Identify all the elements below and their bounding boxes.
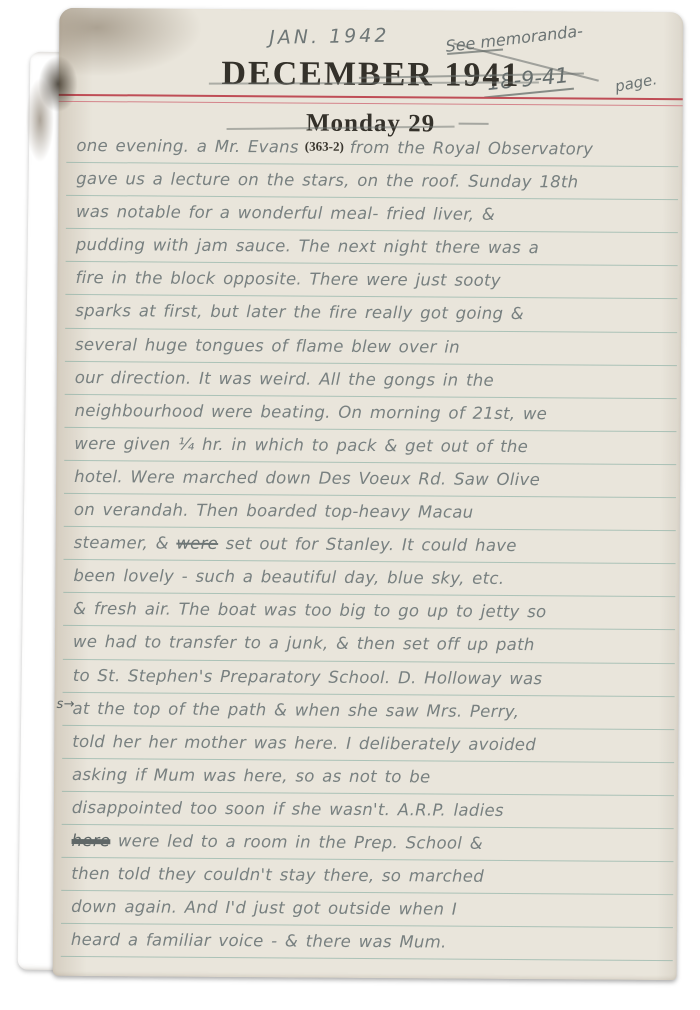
diary-line: neighbourhood were beating. On morning o… (64, 395, 676, 432)
printed-month-header: DECEMBER 1941 (59, 54, 683, 96)
diary-line: was notable for a wonderful meal- fried … (66, 196, 678, 233)
diary-line: one evening. a Mr. Evans(363-2)from the … (66, 130, 678, 167)
diary-line-text: from the Royal Observatory (350, 138, 594, 159)
pencil-dash (459, 123, 489, 125)
diary-line: fire in the block opposite. There were j… (65, 262, 677, 299)
diary-line: s→at the top of the path & when she saw … (62, 692, 674, 729)
printed-ref-number: (363-2) (305, 139, 344, 154)
scribbled-word: here (72, 831, 111, 850)
diary-line: disappointed too soon if she wasn't. A.R… (62, 792, 674, 829)
diary-line: sparks at first, but later the fire real… (65, 295, 677, 332)
diary-line-text: steamer, & (74, 533, 169, 553)
diary-line: then told they couldn't stay there, so m… (61, 858, 673, 895)
diary-line: heard a familiar voice - & there was Mum… (61, 924, 673, 961)
diary-line-text: set out for Stanley. It could have (226, 534, 517, 555)
scan-background: { "header": { "handwritten_month_correct… (0, 0, 700, 1010)
diary-line: & fresh air. The boat was too big to go … (63, 593, 675, 630)
diary-line: were given ¼ hr. in which to pack & get … (64, 428, 676, 465)
diary-line: been lovely - such a beautiful day, blue… (63, 560, 675, 597)
diary-line: several huge tongues of flame blew over … (65, 328, 677, 365)
diary-line: on verandah. Then boarded top-heavy Maca… (64, 494, 676, 531)
diary-line-text: at the top of the path & when she saw Mr… (72, 699, 519, 721)
diary-page: JAN. 1942 See memoranda- 18-9-41 page. D… (53, 8, 684, 980)
diary-line: hotel. Were marched down Des Voeux Rd. S… (64, 461, 676, 498)
diary-line: down again. And I'd just got outside whe… (61, 891, 673, 928)
struck-word: were (176, 534, 218, 553)
diary-line: to St. Stephen's Preparatory School. D. … (63, 659, 675, 696)
diary-line: gave us a lecture on the stars, on the r… (66, 163, 678, 200)
diary-line-text: were led to a room in the Prep. School & (118, 831, 483, 853)
diary-line: here were led to a room in the Prep. Sch… (61, 825, 673, 862)
red-rule-bottom (59, 101, 683, 107)
diary-line: pudding with jam sauce. The next night t… (66, 229, 678, 266)
diary-book: JAN. 1942 See memoranda- 18-9-41 page. D… (22, 8, 682, 984)
diary-line-text: one evening. a Mr. Evans (76, 136, 299, 157)
handwritten-jan-1942: JAN. 1942 (269, 25, 390, 49)
diary-line: asking if Mum was here, so as not to be (62, 759, 674, 796)
diary-line: told her her mother was here. I delibera… (62, 726, 674, 763)
diary-entry: one evening. a Mr. Evans(363-2)from the … (61, 130, 679, 962)
diary-line: we had to transfer to a junk, & then set… (63, 626, 675, 663)
diary-line: steamer, & were set out for Stanley. It … (64, 527, 676, 564)
diary-line: our direction. It was weird. All the gon… (65, 362, 677, 399)
margin-mark: s→ (56, 688, 74, 719)
